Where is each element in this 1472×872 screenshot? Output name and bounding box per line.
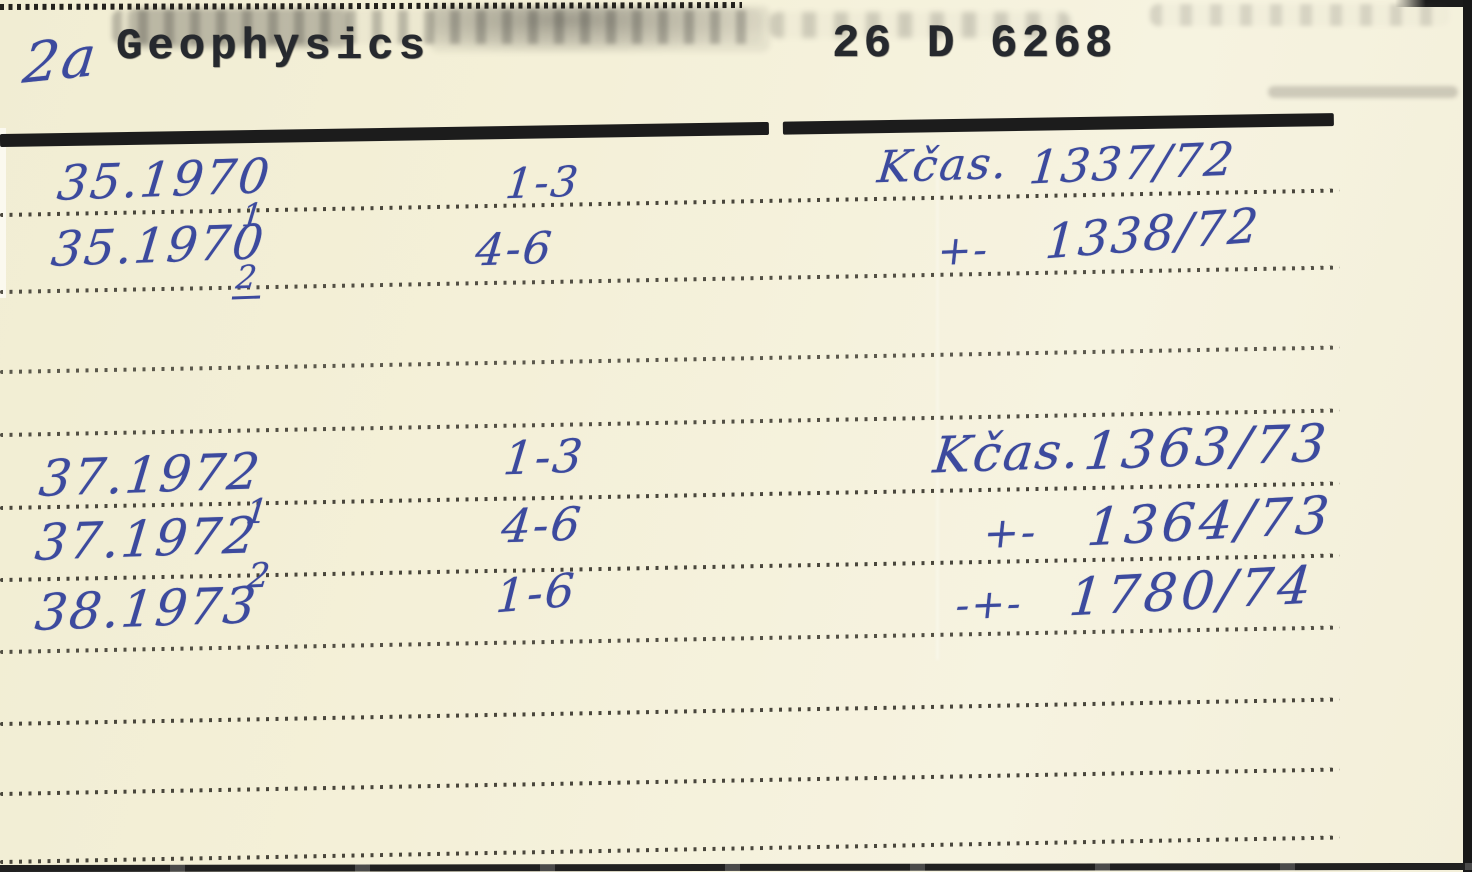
card-title: Geophysics bbox=[116, 22, 430, 72]
ruled-line bbox=[0, 345, 1340, 374]
ink-smudge bbox=[430, 6, 770, 52]
ref-number: 1364/73 bbox=[1085, 486, 1336, 559]
catalog-card-scan: 2a Geophysics 26 D 6268 35.1970 1 1-3 Kč… bbox=[0, 0, 1472, 872]
shelf-mark-handwritten: 2a bbox=[20, 24, 101, 96]
issue-range: 1-6 bbox=[494, 563, 578, 624]
issue-range: 4-6 bbox=[473, 223, 556, 277]
issue-range: 4-6 bbox=[499, 497, 585, 554]
volume-year: 38.1973 bbox=[32, 576, 260, 642]
ref-number: 1363/73 bbox=[1081, 414, 1332, 482]
ditto-mark: -+- bbox=[953, 581, 1025, 629]
volume-year: 37.1972 bbox=[36, 442, 264, 508]
issue-range: 1-3 bbox=[503, 157, 582, 209]
header-rule-segment bbox=[783, 113, 1334, 135]
ruled-line bbox=[0, 835, 1340, 864]
paper-crease bbox=[936, 140, 939, 660]
ref-label: Kčas. bbox=[875, 138, 1011, 194]
ref-label: Kčas. bbox=[931, 421, 1084, 484]
ref-number: 1337/72 bbox=[1027, 132, 1238, 195]
header-rule-segment bbox=[0, 122, 769, 147]
ditto-mark: +- bbox=[981, 507, 1040, 558]
volume-year: 37.1972 bbox=[32, 506, 260, 572]
ref-number: 1780/74 bbox=[1067, 556, 1318, 629]
issue-range: 1-3 bbox=[501, 429, 587, 486]
scan-edge-bottom bbox=[0, 863, 1472, 872]
ink-smudge bbox=[1268, 86, 1458, 98]
volume-year: 35.1970 bbox=[55, 148, 274, 211]
scan-edge-right bbox=[1463, 0, 1472, 872]
ditto-mark: +- bbox=[935, 227, 991, 275]
ruled-line bbox=[0, 767, 1340, 796]
ink-smudge bbox=[1150, 4, 1450, 26]
volume-part: 2 bbox=[232, 258, 265, 300]
ref-number: 1338/72 bbox=[1043, 198, 1262, 271]
ruled-line bbox=[0, 697, 1340, 726]
call-number: 26 D 6268 bbox=[832, 18, 1116, 70]
